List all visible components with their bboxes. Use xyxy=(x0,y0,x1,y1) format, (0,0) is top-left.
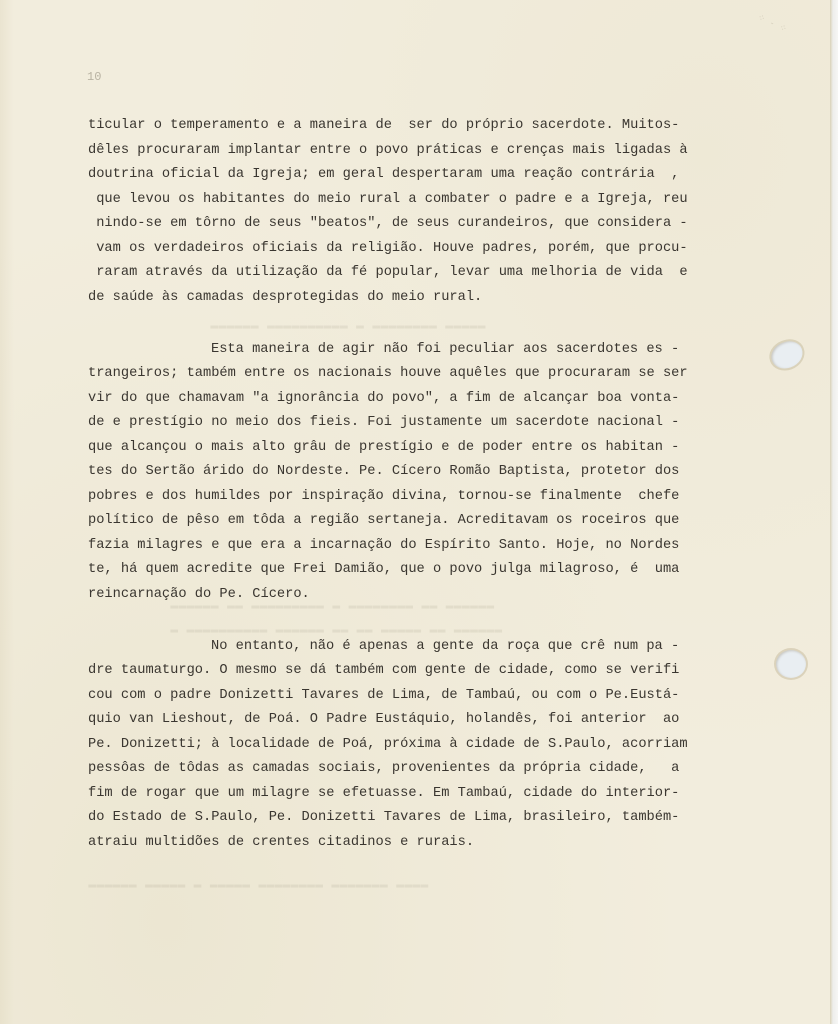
text-line: nindo-se em tôrno de seus "beatos", de s… xyxy=(88,212,708,237)
text-line: de saúde às camadas desprotegidas do mei… xyxy=(88,286,708,311)
scanned-page: ⁘ ‑ ⁘ ▬▬▬▬▬ ▬▬▬▬▬▬▬▬ ▬ ▬▬▬▬▬▬▬▬▬▬ ▬▬▬▬▬▬… xyxy=(0,0,830,1024)
text-line: Pe. Donizetti; à localidade de Poá, próx… xyxy=(88,733,708,758)
text-line: tes do Sertão árido do Nordeste. Pe. Cíc… xyxy=(88,460,708,485)
text-line: político de pêso em tôda a região sertan… xyxy=(88,509,708,534)
bleed-through-text: ▬▬▬▬ ▬▬▬▬▬▬▬ ▬▬▬▬▬▬▬▬ ▬▬▬▬▬ ▬ ▬▬▬▬▬ ▬▬▬▬… xyxy=(88,877,428,892)
text-line: do Estado de S.Paulo, Pe. Donizetti Tava… xyxy=(88,806,708,831)
paragraph-gap xyxy=(88,310,708,338)
text-line: Esta maneira de agir não foi peculiar ao… xyxy=(88,338,708,363)
text-line: No entanto, não é apenas a gente da roça… xyxy=(88,635,708,660)
text-line: cou com o padre Donizetti Tavares de Lim… xyxy=(88,684,708,709)
paragraph: No entanto, não é apenas a gente da roça… xyxy=(88,635,708,856)
body-text: ticular o temperamento e a maneira de se… xyxy=(88,114,708,855)
page-edge xyxy=(830,0,838,1024)
text-line: fazia milagres e que era a incarnação do… xyxy=(88,534,708,559)
text-line: atraiu multidões de crentes citadinos e … xyxy=(88,831,708,856)
text-line: que levou os habitantes do meio rural a … xyxy=(88,188,708,213)
paragraph: ticular o temperamento e a maneira de se… xyxy=(88,114,708,310)
paragraph-gap xyxy=(88,607,708,635)
corner-smudge: ⁘ ‑ ⁘ xyxy=(749,13,805,58)
page-number: 10 xyxy=(87,70,101,84)
punch-hole xyxy=(776,650,806,678)
text-line: pobres e dos humildes por inspiração div… xyxy=(88,485,708,510)
text-line: que alcançou o mais alto grâu de prestíg… xyxy=(88,436,708,461)
paragraph: Esta maneira de agir não foi peculiar ao… xyxy=(88,338,708,608)
text-line: pessôas de tôdas as camadas sociais, pro… xyxy=(88,757,708,782)
text-line: de e prestígio no meio dos fieis. Foi ju… xyxy=(88,411,708,436)
punch-hole xyxy=(768,337,807,372)
text-line: fim de rogar que um milagre se efetuasse… xyxy=(88,782,708,807)
text-line: trangeiros; também entre os nacionais ho… xyxy=(88,362,708,387)
text-line: raram através da utilização da fé popula… xyxy=(88,261,708,286)
text-line: vam os verdadeiros oficiais da religião.… xyxy=(88,237,708,262)
text-line: reincarnação do Pe. Cícero. xyxy=(88,583,708,608)
text-line: te, há quem acredite que Frei Damião, qu… xyxy=(88,558,708,583)
text-line: quio van Lieshout, de Poá. O Padre Eustá… xyxy=(88,708,708,733)
text-line: ticular o temperamento e a maneira de se… xyxy=(88,114,708,139)
text-line: dêles procuraram implantar entre o povo … xyxy=(88,139,708,164)
text-line: doutrina oficial da Igreja; em geral des… xyxy=(88,163,708,188)
text-line: dre taumaturgo. O mesmo se dá também com… xyxy=(88,659,708,684)
text-line: vir do que chamavam "a ignorância do pov… xyxy=(88,387,708,412)
